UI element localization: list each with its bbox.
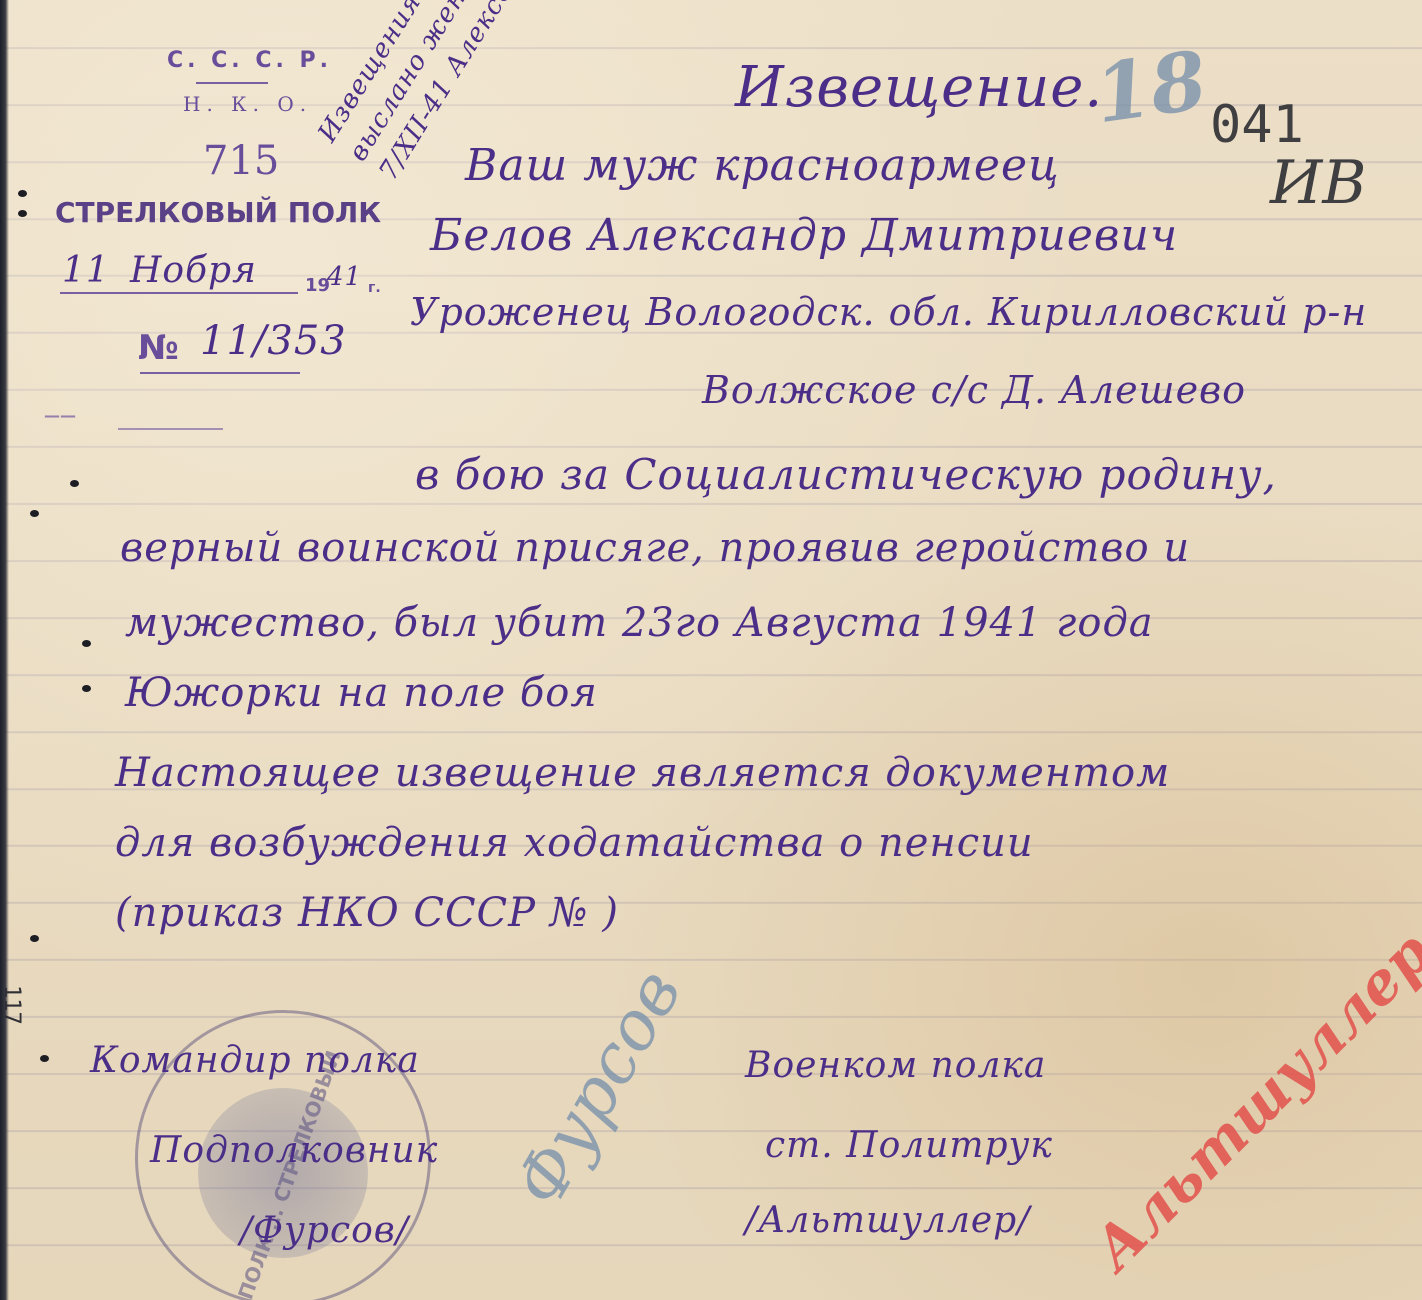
- stamp-nko: Н. К. О.: [183, 92, 312, 116]
- side-margin-number: 117: [0, 985, 24, 1025]
- body-line: Ваш муж красноармеец: [465, 140, 1060, 191]
- pencil-initials: ИВ: [1270, 148, 1366, 218]
- binding-hole: [30, 935, 39, 942]
- date-day: 11: [62, 250, 110, 291]
- body-line: Волжское с/с Д. Алешево: [702, 368, 1246, 412]
- body-line: в бою за Социалистическую родину,: [415, 450, 1277, 499]
- body-line: Уроженец Вологодск. обл. Кирилловский р-…: [410, 290, 1367, 334]
- date-year-suffix: 41: [327, 262, 362, 292]
- signature-name: /Фурсов/: [240, 1210, 409, 1251]
- stamp-ussr: С. С. С. Р.: [167, 48, 332, 73]
- pencil-archive-number: 041: [1210, 95, 1304, 155]
- scanned-left-edge: [0, 0, 9, 1300]
- binding-hole: [82, 640, 91, 647]
- stamp-divider: [196, 82, 268, 84]
- body-line: верный воинской присяге, проявив геройст…: [120, 525, 1190, 571]
- number-value: 11/353: [200, 318, 347, 364]
- body-line: (приказ НКО СССР № ): [115, 890, 619, 936]
- date-year-g: г.: [368, 280, 381, 296]
- stamp-unit-number: 715: [203, 138, 279, 184]
- signature-title: Военком полка: [745, 1045, 1046, 1086]
- date-underline: [60, 292, 298, 294]
- signature-rank: ст. Политрук: [765, 1125, 1053, 1166]
- document-title: Извещение.: [735, 55, 1103, 120]
- signature-name: /Альтшуллер/: [745, 1200, 1030, 1241]
- binding-hole: [70, 480, 79, 487]
- blank-underline: [118, 428, 223, 430]
- binding-hole: [40, 1055, 49, 1062]
- number-label: №: [138, 328, 179, 368]
- body-line: Белов Александр Дмитриевич: [430, 210, 1178, 261]
- date-month: Нобря: [130, 250, 257, 291]
- blank-label: ——: [44, 406, 76, 425]
- signature-title: Командир полка: [90, 1040, 420, 1081]
- body-line: Настоящее извещение является документом: [115, 750, 1170, 796]
- binding-hole: [18, 190, 27, 197]
- number-underline: [140, 372, 300, 374]
- binding-hole: [82, 685, 91, 692]
- signature-rank: Подполковник: [150, 1130, 438, 1171]
- binding-hole: [30, 510, 39, 517]
- blue-pencil-number: 18: [1089, 33, 1212, 142]
- body-line: для возбуждения ходатайства о пенсии: [115, 820, 1034, 866]
- body-line: Южорки на поле боя: [125, 670, 598, 716]
- body-line: мужество, был убит 23го Августа 1941 год…: [125, 600, 1154, 646]
- stamp-unit-name: СТРЕЛКОВЫЙ ПОЛК: [55, 196, 381, 229]
- binding-hole: [18, 210, 27, 217]
